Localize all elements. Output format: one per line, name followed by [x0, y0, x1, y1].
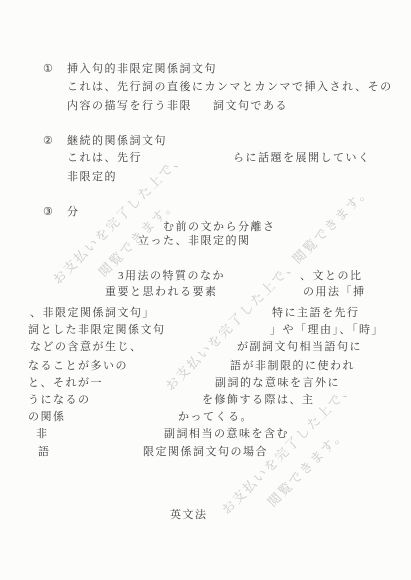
text-fragment: の関係 — [28, 410, 66, 425]
text-fragment: 立った、非限定的関 — [138, 234, 251, 249]
text-line: うになるのを修飾する際は、主 — [0, 393, 411, 408]
text-line: これは、先行詞の直後にカンマとカンマで挿入され、その — [0, 80, 411, 95]
text-line: 重要と思われる要素の用法「挿 — [0, 285, 411, 300]
text-fragment: これは、先行詞の直後にカンマとカンマで挿入され、その — [67, 80, 393, 95]
text-fragment: らに話題を展開していく — [233, 151, 371, 166]
text-fragment: が副詞文句相当語句に — [237, 340, 362, 355]
text-fragment: かってくる。 — [178, 410, 253, 425]
text-line: ①挿入句的非限定関係詞文句 — [0, 62, 411, 77]
text-fragment: ② — [43, 134, 54, 149]
text-line: 非副詞相当の意味を含む — [0, 427, 411, 442]
text-fragment: 非限定的 — [67, 170, 117, 185]
text-fragment: 語 — [38, 445, 51, 460]
text-fragment: ③ — [43, 205, 54, 220]
text-fragment: 詞文句である — [213, 99, 288, 114]
text-fragment: 副詞的な意味を言外に — [215, 376, 340, 391]
text-fragment: なることが多いの — [28, 359, 128, 374]
text-fragment: ① — [43, 62, 54, 77]
text-line: 英文法 — [0, 508, 411, 523]
text-fragment: 」や「理由」、「時」 — [270, 323, 384, 338]
text-fragment: うになるの — [28, 393, 91, 408]
text-fragment: と、それが一 — [28, 376, 103, 391]
text-line: 、非限定関係詞文句」特に主語を先行 — [0, 306, 411, 321]
text-line: 語限定関係詞文句の場合 — [0, 445, 411, 460]
text-line: 詞とした非限定関係文句」や「理由」、「時」 — [0, 323, 411, 338]
text-line: 非限定的 — [0, 170, 411, 185]
text-line: ②継続的関係詞文句 — [0, 134, 411, 149]
text-line: む前の文から分離さ — [0, 220, 411, 235]
text-fragment: 特に主語を先行 — [272, 306, 360, 321]
text-line: ③分 — [0, 205, 411, 220]
text-fragment: 重要と思われる要素 — [105, 285, 218, 300]
text-line: と、それが一副詞的な意味を言外に — [0, 376, 411, 391]
text-line: などの含意が生じ、が副詞文句相当語句に — [0, 340, 411, 355]
text-line: これは、先行らに話題を展開していく — [0, 151, 411, 166]
text-fragment: 英文法 — [170, 508, 208, 523]
text-fragment: を修飾する際は、主 — [202, 393, 315, 408]
text-fragment: の用法「挿 — [303, 285, 366, 300]
text-fragment: 内容の描写を行う非限 — [67, 99, 192, 114]
text-line: 内容の描写を行う非限詞文句である — [0, 99, 411, 114]
text-fragment: などの含意が生じ、 — [30, 340, 143, 355]
text-fragment: 継続的関係詞文句 — [67, 134, 167, 149]
text-line: 3用法の特質のなか、文との比 — [0, 269, 411, 284]
text-fragment: 副詞相当の意味を含む — [164, 427, 289, 442]
text-fragment: これは、先行 — [67, 151, 142, 166]
text-fragment: 限定関係詞文句の場合 — [143, 445, 268, 460]
text-line: 立った、非限定的関 — [0, 234, 411, 249]
text-fragment: 語が非制限的に使われ — [230, 359, 355, 374]
text-fragment: 、文との比 — [300, 269, 363, 284]
text-fragment: 詞とした非限定関係文句 — [28, 323, 166, 338]
text-fragment: 非 — [36, 427, 49, 442]
text-fragment: 3用法の特質のなか — [118, 269, 225, 284]
text-fragment: 、非限定関係詞文句」 — [30, 306, 155, 321]
text-line: の関係かってくる。 — [0, 410, 411, 425]
text-fragment: 分 — [67, 205, 80, 220]
text-fragment: 挿入句的非限定関係詞文句 — [67, 62, 217, 77]
scanned-document-page: お支払いを完了した上で、 閲覧できます。 お支払いを完了した上で、閲覧できます。… — [0, 0, 411, 580]
text-line: なることが多いの語が非制限的に使われ — [0, 359, 411, 374]
text-fragment: む前の文から分離さ — [163, 220, 276, 235]
